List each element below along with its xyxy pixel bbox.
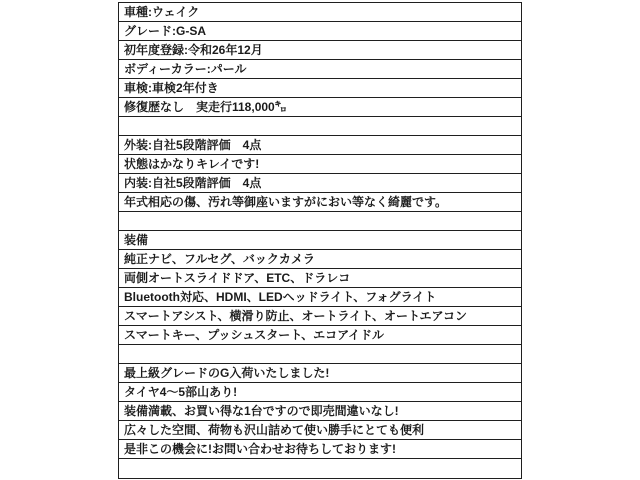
page: 車種:ウェイクグレード:G-SA初年度登録:令和26年12月ボディーカラー:パー…	[0, 0, 640, 480]
row-text: 両側オートスライドドア、ETC、ドラレコ	[124, 272, 350, 284]
row-exterior-rating: 外装:自社5段階評価 4点	[119, 136, 521, 155]
row-text: 装備満載、お買い得な1台ですので即売間違いなし!	[124, 405, 399, 417]
row-text: ボディーカラー:パール	[124, 63, 247, 75]
row-spacer	[119, 459, 521, 478]
row-text: 外装:自社5段階評価 4点	[124, 139, 261, 151]
row-interior-rating: 内装:自社5段階評価 4点	[119, 174, 521, 193]
row-text: 初年度登録:令和26年12月	[124, 44, 263, 56]
row-repair-mileage: 修復歴なし 実走行118,000㌔	[119, 98, 521, 117]
row-text: 修復歴なし 実走行118,000㌔	[124, 101, 287, 113]
row-text: 内装:自社5段階評価 4点	[124, 177, 261, 189]
row-sales-1: 最上級グレードのG入荷いたしました!	[119, 364, 521, 383]
vehicle-spec-table: 車種:ウェイクグレード:G-SA初年度登録:令和26年12月ボディーカラー:パー…	[118, 2, 522, 479]
row-inspection: 車検:車検2年付き	[119, 79, 521, 98]
row-text: Bluetooth対応、HDMI、LEDヘッドライト、フォグライト	[124, 291, 436, 303]
row-text: スマートアシスト、横滑り防止、オートライト、オートエアコン	[124, 310, 467, 322]
row-text: タイヤ4〜5部山あり!	[124, 386, 237, 398]
row-sales-5: 是非この機会に!お問い合わせお待ちしております!	[119, 440, 521, 459]
row-grade: グレード:G-SA	[119, 22, 521, 41]
row-text: 純正ナビ、フルセグ、バックカメラ	[124, 253, 315, 265]
row-text: 車検:車検2年付き	[124, 82, 219, 94]
row-equipment-2: 両側オートスライドドア、ETC、ドラレコ	[119, 269, 521, 288]
row-text: 是非この機会に!お問い合わせお待ちしております!	[124, 443, 396, 455]
row-spacer	[119, 117, 521, 136]
row-text: 広々した空間、荷物も沢山詰めて使い勝手にとても便利	[124, 424, 424, 436]
row-text: 装備	[124, 234, 148, 246]
row-equipment-4: スマートアシスト、横滑り防止、オートライト、オートエアコン	[119, 307, 521, 326]
row-text: 状態はかなりキレイです!	[124, 158, 259, 170]
row-equipment-5: スマートキー、プッシュスタート、エコアイドル	[119, 326, 521, 345]
row-equipment-3: Bluetooth対応、HDMI、LEDヘッドライト、フォグライト	[119, 288, 521, 307]
row-body-color: ボディーカラー:パール	[119, 60, 521, 79]
row-interior-comment: 年式相応の傷、汚れ等御座いますがにおい等なく綺麗です。	[119, 193, 521, 212]
row-text: 年式相応の傷、汚れ等御座いますがにおい等なく綺麗です。	[124, 196, 447, 208]
row-text: 車種:ウェイク	[124, 6, 199, 18]
row-sales-4: 広々した空間、荷物も沢山詰めて使い勝手にとても便利	[119, 421, 521, 440]
row-spacer	[119, 345, 521, 364]
row-model: 車種:ウェイク	[119, 3, 521, 22]
row-spacer	[119, 212, 521, 231]
row-exterior-comment: 状態はかなりキレイです!	[119, 155, 521, 174]
row-sales-2: タイヤ4〜5部山あり!	[119, 383, 521, 402]
row-first-registration: 初年度登録:令和26年12月	[119, 41, 521, 60]
row-equipment-header: 装備	[119, 231, 521, 250]
row-sales-3: 装備満載、お買い得な1台ですので即売間違いなし!	[119, 402, 521, 421]
row-text: 最上級グレードのG入荷いたしました!	[124, 367, 329, 379]
row-text: スマートキー、プッシュスタート、エコアイドル	[124, 329, 384, 341]
row-text: グレード:G-SA	[124, 25, 206, 37]
row-equipment-1: 純正ナビ、フルセグ、バックカメラ	[119, 250, 521, 269]
